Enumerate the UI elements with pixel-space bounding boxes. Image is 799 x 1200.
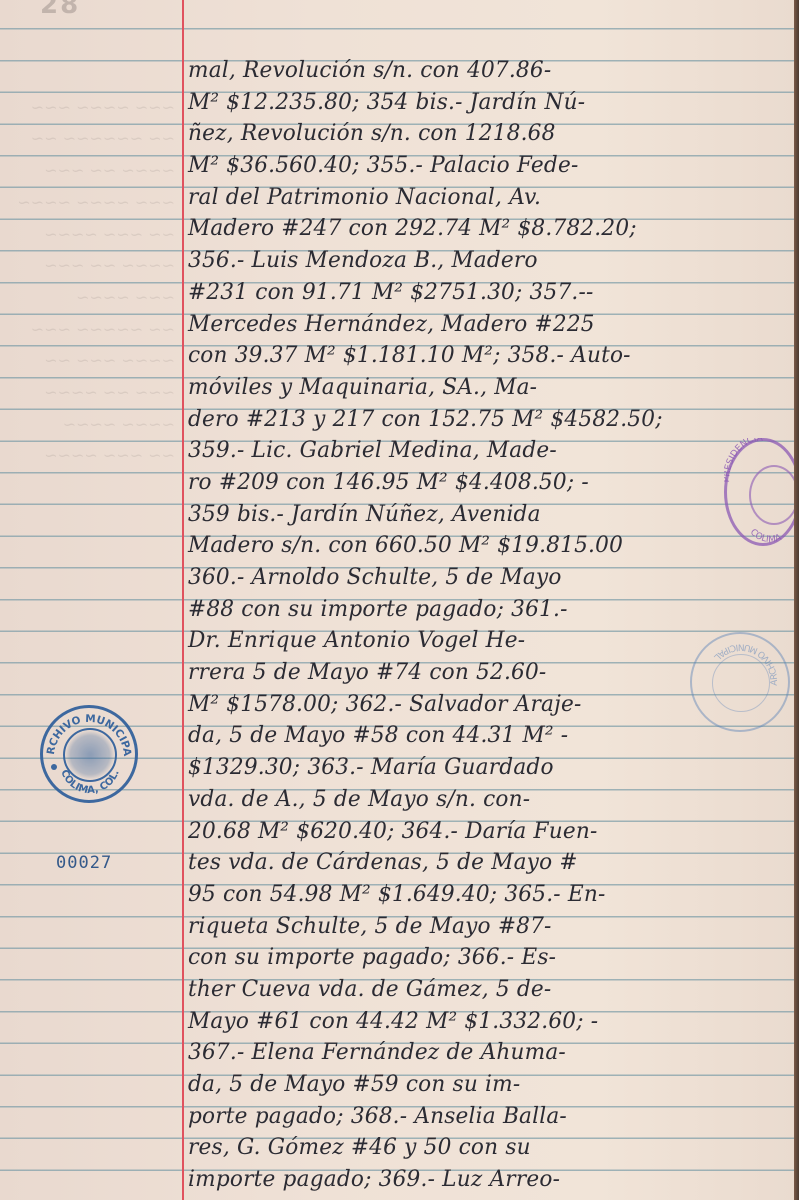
book-edge <box>794 0 799 1200</box>
svg-text:COLIMA: COLIMA <box>748 527 784 545</box>
archive-folio-number: 00027 <box>56 853 112 873</box>
entry-line: ñez, Revolución s/n. con 1218.68 <box>188 118 778 150</box>
entry-line: #231 con 91.71 M² $2751.30; 357.-- <box>188 277 778 309</box>
entry-line: Mayo #61 con 44.42 M² $1.332.60; - <box>188 1006 778 1038</box>
entry-line: Madero #247 con 292.74 M² $8.782.20; <box>188 213 778 245</box>
entry-line: riqueta Schulte, 5 de Mayo #87- <box>188 911 778 943</box>
presidencia-stamp: PRESIDENCIA COLIMA <box>724 438 794 546</box>
entry-line: 359.- Lic. Gabriel Medina, Made- <box>188 435 778 467</box>
entry-line: ral del Patrimonio Nacional, Av. <box>188 182 778 214</box>
handwritten-entries: mal, Revolución s/n. con 407.86- M² $12.… <box>188 55 788 1196</box>
entry-line: 95 con 54.98 M² $1.649.40; 365.- En- <box>188 879 778 911</box>
entry-line: Mercedes Hernández, Madero #225 <box>188 309 778 341</box>
entry-line: ther Cueva vda. de Gámez, 5 de- <box>188 974 778 1006</box>
entry-line: móviles y Maquinaria, SA., Ma- <box>188 372 778 404</box>
stamp-ring-text: PRESIDENCIA COLIMA <box>724 438 794 546</box>
entry-line: mal, Revolución s/n. con 407.86- <box>188 55 778 87</box>
entry-line: Madero s/n. con 660.50 M² $19.815.00 <box>188 530 778 562</box>
faint-page-number: 28 <box>40 0 80 20</box>
svg-text:ARCHIVO MUNICIPAL: ARCHIVO MUNICIPAL <box>40 705 133 758</box>
entry-line: con su importe pagado; 366.- Es- <box>188 942 778 974</box>
entry-line: $1329.30; 363.- María Guardado <box>188 752 778 784</box>
svg-text:COLIMA, COL.: COLIMA, COL. <box>58 768 121 796</box>
entry-line: da, 5 de Mayo #59 con su im- <box>188 1069 778 1101</box>
entry-line: vda. de A., 5 de Mayo s/n. con- <box>188 784 778 816</box>
entry-line: tes vda. de Cárdenas, 5 de Mayo # <box>188 847 778 879</box>
svg-text:PRESIDENCIA: PRESIDENCIA <box>724 438 764 483</box>
entry-line: 367.- Elena Fernández de Ahuma- <box>188 1037 778 1069</box>
entry-line: 360.- Arnoldo Schulte, 5 de Mayo <box>188 562 778 594</box>
stamp-ring-text: ARCHIVO MUNICIPAL COLIMA, COL. <box>40 705 138 803</box>
entry-line: ro #209 con 146.95 M² $4.408.50; - <box>188 467 778 499</box>
entry-line: #88 con su importe pagado; 361.- <box>188 594 778 626</box>
entry-line: dero #213 y 217 con 152.75 M² $4582.50; <box>188 404 778 436</box>
entry-line: res, G. Gómez #46 y 50 con su <box>188 1132 778 1164</box>
entry-line: porte pagado; 368.- Anselia Balla- <box>188 1101 778 1133</box>
faded-archive-stamp: ARCHIVO MUNICIPAL <box>690 632 790 732</box>
entry-line: 356.- Luis Mendoza B., Madero <box>188 245 778 277</box>
entry-line: M² $12.235.80; 354 bis.- Jardín Nú- <box>188 87 778 119</box>
red-margin-line <box>182 0 184 1200</box>
entry-line: importe pagado; 369.- Luz Arreo- <box>188 1164 778 1196</box>
bleed-through-text: ~~~ ~~~~ ~~~ ~~ ~~~~~~ ~~ ~~~~ ~~ ~~~ ~~… <box>10 60 175 504</box>
entry-line: 359 bis.- Jardín Núñez, Avenida <box>188 499 778 531</box>
ledger-page: 28 ~~~ ~~~~ ~~~ ~~ ~~~~~~ ~~ ~~~~ ~~ ~~~… <box>0 0 794 1200</box>
svg-text:ARCHIVO MUNICIPAL: ARCHIVO MUNICIPAL <box>712 641 781 686</box>
archivo-municipal-stamp: ARCHIVO MUNICIPAL COLIMA, COL. <box>40 705 138 803</box>
entry-line: M² $36.560.40; 355.- Palacio Fede- <box>188 150 778 182</box>
stamp-ring-text: ARCHIVO MUNICIPAL <box>690 632 790 732</box>
entry-line: 20.68 M² $620.40; 364.- Daría Fuen- <box>188 816 778 848</box>
entry-line: con 39.37 M² $1.181.10 M²; 358.- Auto- <box>188 340 778 372</box>
